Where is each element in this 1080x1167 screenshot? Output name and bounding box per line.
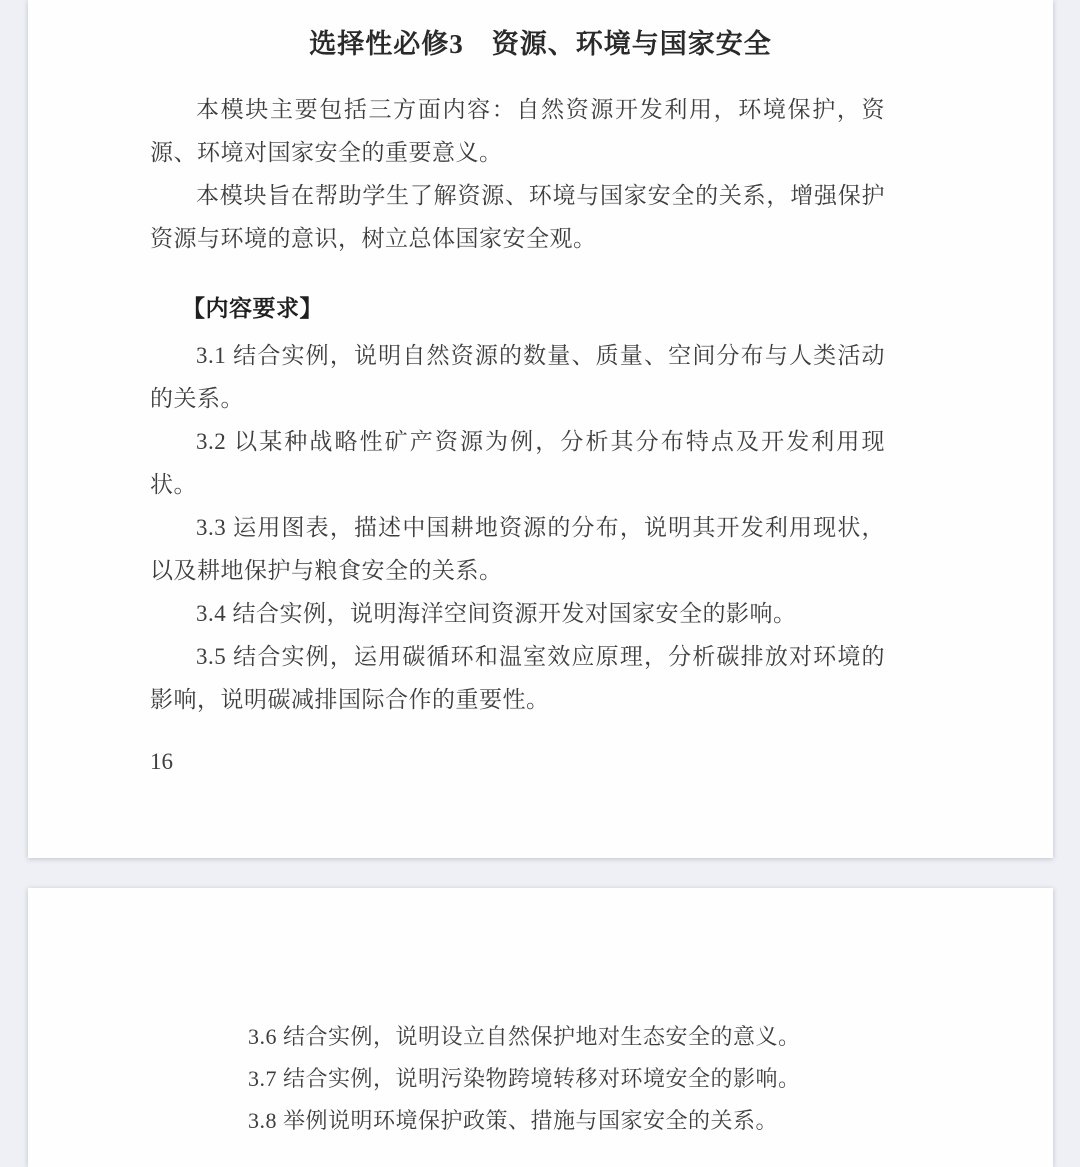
requirement-item-3-1: 3.1 结合实例，说明自然资源的数量、质量、空间分布与人类活动的关系。 <box>150 334 885 420</box>
requirement-item-3-3: 3.3 运用图表，描述中国耕地资源的分布，说明其开发利用现状，以及耕地保护与粮食… <box>150 506 885 592</box>
module-aim-paragraph: 本模块旨在帮助学生了解资源、环境与国家安全的关系，增强保护资源与环境的意识，树立… <box>150 174 885 260</box>
requirement-item-3-2: 3.2 以某种战略性矿产资源为例，分析其分布特点及开发利用现状。 <box>150 420 885 506</box>
scanned-page-17: 3.6 结合实例，说明设立自然保护地对生态安全的意义。 3.7 结合实例，说明污… <box>28 888 1053 1167</box>
scanned-page-16: 选择性必修3 资源、环境与国家安全 本模块主要包括三方面内容：自然资源开发利用，… <box>28 0 1053 858</box>
requirement-item-3-5: 3.5 结合实例，运用碳循环和温室效应原理，分析碳排放对环境的影响，说明碳减排国… <box>150 635 885 721</box>
requirement-item-3-6: 3.6 结合实例，说明设立自然保护地对生态安全的意义。 <box>248 1016 1013 1058</box>
content-requirements-heading: 【内容要求】 <box>182 290 885 326</box>
requirement-item-3-4: 3.4 结合实例，说明海洋空间资源开发对国家安全的影响。 <box>150 592 885 635</box>
page-16-content: 本模块主要包括三方面内容：自然资源开发利用，环境保护，资源、环境对国家安全的重要… <box>28 88 1053 777</box>
requirement-item-3-8: 3.8 举例说明环境保护政策、措施与国家安全的关系。 <box>248 1100 1013 1142</box>
requirement-item-3-7: 3.7 结合实例，说明污染物跨境转移对环境安全的影响。 <box>248 1058 1013 1100</box>
module-title: 选择性必修3 资源、环境与国家安全 <box>28 27 1053 61</box>
article-background: 选择性必修3 资源、环境与国家安全 本模块主要包括三方面内容：自然资源开发利用，… <box>0 0 1080 1167</box>
module-overview-paragraph: 本模块主要包括三方面内容：自然资源开发利用，环境保护，资源、环境对国家安全的重要… <box>150 88 885 174</box>
page-number: 16 <box>150 747 885 777</box>
